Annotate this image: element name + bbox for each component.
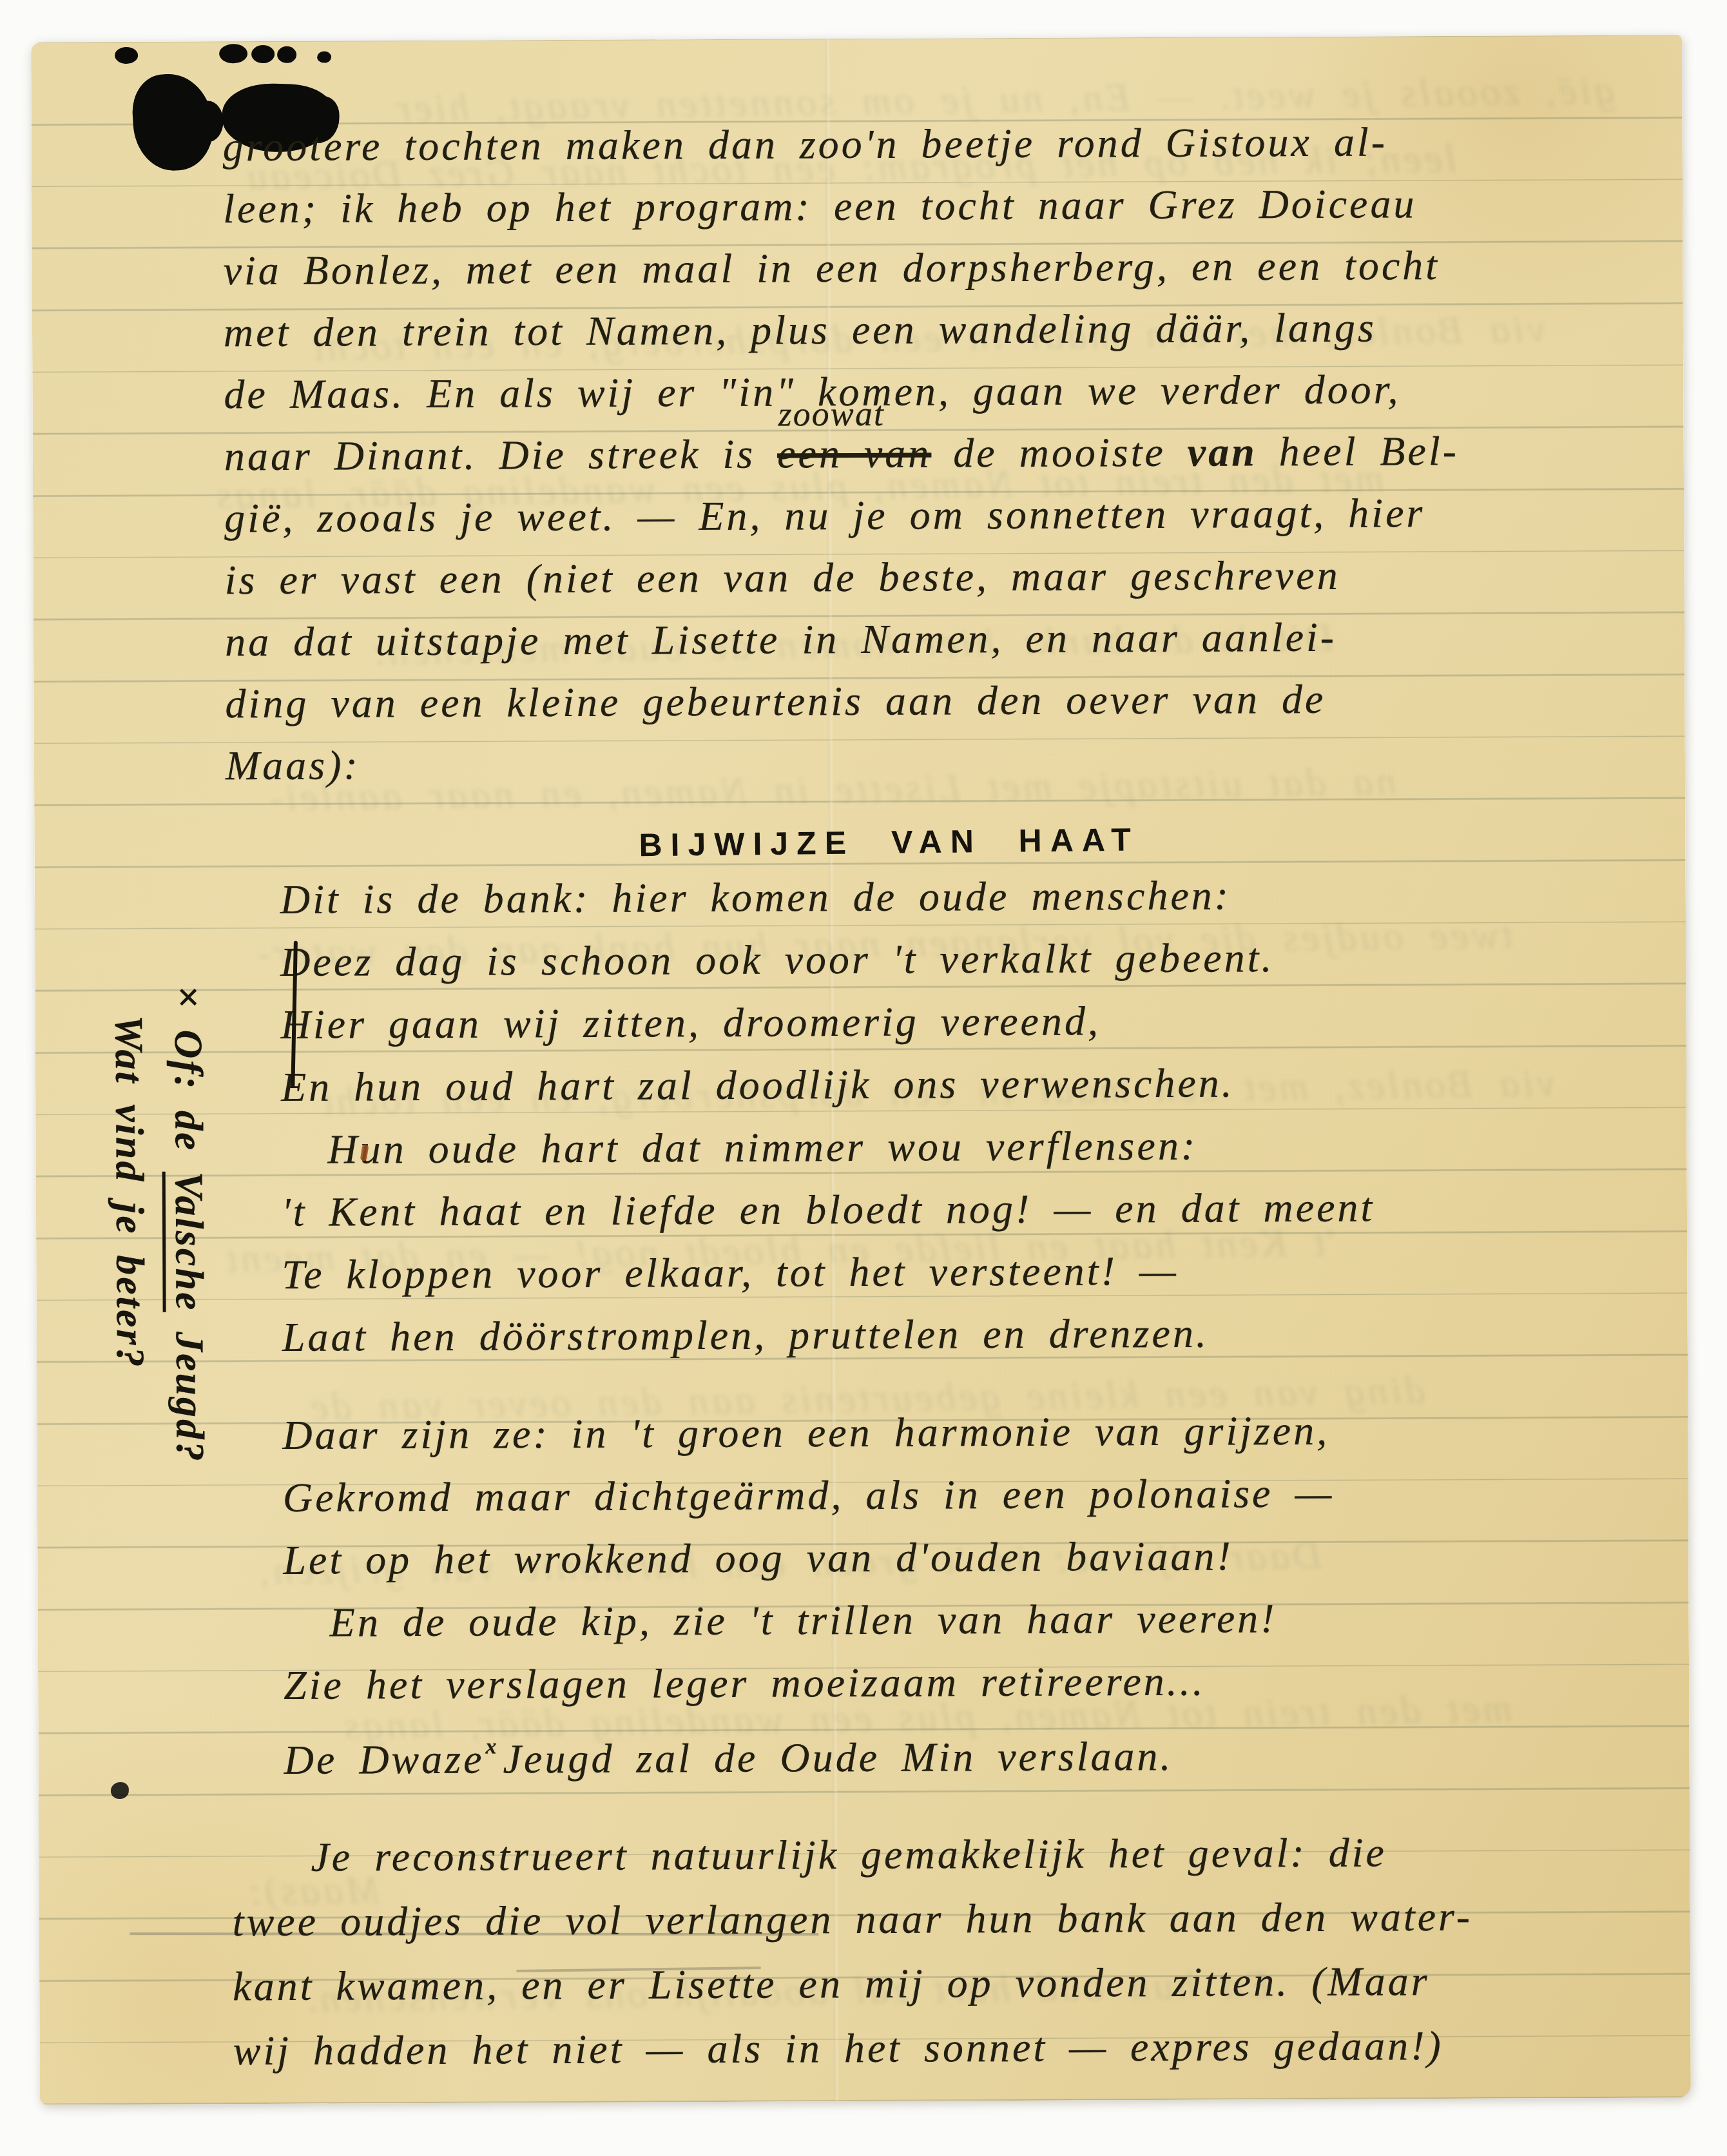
- poem-line: Deez dag is schoon ook voor 't verkalkt …: [280, 926, 1374, 993]
- ink-dot: [111, 1782, 129, 1799]
- margin-note-text: Of: de: [166, 1029, 211, 1172]
- poem-line: En de oude kip, zie 't trillen van haar …: [284, 1587, 1377, 1654]
- letter-line: Maas):: [226, 729, 1663, 797]
- poem-line: Te kloppen voor elkaar, tot het versteen…: [282, 1239, 1375, 1306]
- letter-line: is er vast een (niet een van de beste, m…: [224, 543, 1661, 612]
- poem-line: Hun oude hart dat nimmer wou verflensen:: [281, 1114, 1375, 1181]
- footnote-marker: x: [485, 1734, 499, 1758]
- poem-stanza-3: Daar zijn ze: in 't groen een harmonie v…: [282, 1399, 1376, 1591]
- letter-line: Je reconstrueert natuurlijk gemakkelijk …: [232, 1819, 1682, 1890]
- letter-line: grootere tochten maken dan zoo'n beetje …: [223, 110, 1660, 179]
- line-text: heel Bel-: [1257, 428, 1459, 474]
- poem: Dit is de bank: hier komen de oude mensc…: [280, 864, 1378, 1791]
- margin-note-line: × Of: de Valsche Jeugd?: [158, 985, 220, 1681]
- poem-line: En hun oud hart zal doodlijk ons verwens…: [281, 1051, 1375, 1118]
- footnote-marker: ×: [166, 985, 209, 1029]
- line-text: De Dwaze: [284, 1736, 485, 1783]
- margin-note-text: Jeugd?: [168, 1312, 212, 1463]
- margin-note: × Of: de Valsche Jeugd? Wat vind je bete…: [99, 985, 220, 1682]
- letter-line: kant kwamen, en er Lisette en mij op von…: [233, 1948, 1683, 2019]
- letter-line: na dat uitstapje met Lisette in Namen, e…: [225, 605, 1662, 674]
- poem-line: Zie het verslagen leger moeizaam retiree…: [284, 1649, 1377, 1716]
- margin-note-line: Wat vind je beter?: [99, 986, 161, 1682]
- poem-line: Let op het wrokkend oog van d'ouden bavi…: [283, 1524, 1376, 1591]
- ink-blot: [192, 101, 223, 142]
- letter-line: wij hadden het niet — als in het sonnet …: [233, 2012, 1683, 2083]
- ink-dot: [317, 52, 331, 63]
- letter-line: gië, zooals je weet. — En, nu je om sonn…: [224, 481, 1661, 550]
- ink-dot: [115, 47, 138, 64]
- poem-line: Hier gaan wij zitten, droomerig vereend,: [280, 989, 1374, 1056]
- poem-stanza-4: En de oude kip, zie 't trillen van haar …: [284, 1587, 1378, 1791]
- letter-line: via Bonlez, met een maal in een dorpsher…: [223, 234, 1660, 302]
- correction: een vanzoowat: [777, 423, 932, 485]
- poem-title: BIJWIJZE VAN HAAT: [639, 821, 1139, 864]
- poem-line-with-footnote: De DwazexJeugd zal de Oude Min verslaan.: [284, 1712, 1377, 1791]
- letter-paragraph-1: grootere tochten maken dan zoo'n beetje …: [223, 110, 1663, 797]
- inserted-word-above: zoowat: [778, 383, 885, 445]
- overwritten-word: van: [1188, 429, 1257, 474]
- poem-line: Dit is de bank: hier komen de oude mensc…: [280, 864, 1374, 931]
- letter-paragraph-2: Je reconstrueert natuurlijk gemakkelijk …: [232, 1819, 1683, 2083]
- ink-dot: [219, 44, 247, 63]
- underlined-word: Valsche: [162, 1172, 211, 1312]
- letter-line: de Maas. En als wij er "in" komen, gaan …: [224, 358, 1661, 426]
- letter-line: leen; ik heb op het program: een tocht n…: [223, 172, 1660, 240]
- letter-line: twee oudjes die vol verlangen naar hun b…: [233, 1883, 1683, 1954]
- letter-line: ding van een kleine gebeurtenis aan den …: [225, 667, 1662, 735]
- line-text: de mooiste: [931, 429, 1188, 476]
- poem-line: 't Kent haat en liefde en bloedt nog! — …: [282, 1176, 1375, 1243]
- poem-stanza-1: Dit is de bank: hier komen de oude mensc…: [280, 864, 1375, 1118]
- line-text: naar Dinant. Die streek is: [224, 431, 778, 480]
- poem-line: Gekromd maar dichtgeärmd, als in een pol…: [283, 1462, 1376, 1529]
- poem-line: Laat hen döörstromplen, pruttelen en dre…: [282, 1301, 1376, 1368]
- ink-dot: [277, 46, 296, 63]
- letter-page: leen; ik heb op het program: een tocht n…: [31, 35, 1691, 2104]
- ink-dot: [251, 45, 275, 63]
- line-text: Jeugd zal de Oude Min verslaan.: [503, 1733, 1173, 1782]
- letter-line-with-correction: naar Dinant. Die streek is een vanzoowat…: [224, 420, 1661, 488]
- poem-stanza-2: Hun oude hart dat nimmer wou verflensen:…: [281, 1114, 1375, 1368]
- poem-line: Daar zijn ze: in 't groen een harmonie v…: [282, 1399, 1376, 1466]
- letter-line: met den trein tot Namen, plus een wandel…: [224, 296, 1661, 364]
